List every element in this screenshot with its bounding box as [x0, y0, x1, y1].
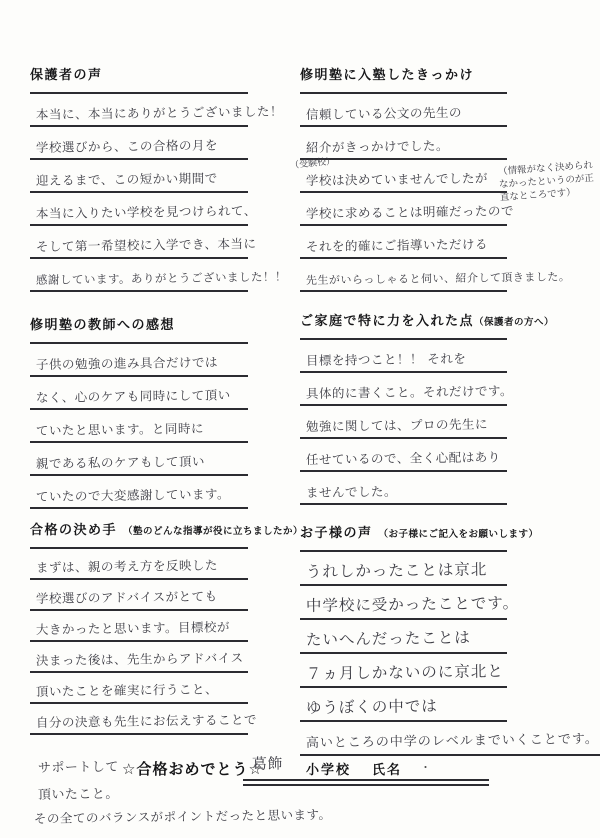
section-teacher-impressions: 修明塾の教師への感想 子供の勉強の進み具合だけでは なく、心のケアも同時にして頂…	[30, 314, 248, 509]
section-title-note: （お子様にご記入をお願いします）	[379, 529, 539, 540]
section-title-note: （保護者の方へ）	[474, 317, 554, 328]
handwritten-line: 学校に求めることは明確だったので	[300, 193, 507, 226]
handwritten-line: ていたので大変感謝しています。	[30, 476, 248, 509]
handwritten-line: 感謝しています。ありがとうございました！！	[30, 259, 248, 292]
handwritten-line: 本当に入りたい学校を見つけられて、	[30, 193, 248, 226]
handwritten-line: 頂いたことを確実に行うこと、	[30, 673, 248, 704]
handwritten-line: ゆうぼくの中では	[300, 688, 507, 722]
section-title: 修明塾の教師への感想	[30, 314, 248, 333]
handwritten-line: ていたと思います。と同時に	[30, 410, 248, 443]
handwritten-line: 任せているので、全く心配はあり	[300, 439, 507, 472]
handwritten-line: 自分の決意も先生にお伝えすることで	[30, 704, 248, 735]
handwritten-line: 決まった後は、先生からアドバイス	[30, 642, 248, 673]
handwritten-line: 子供の勉強の進み具合だけでは	[30, 344, 248, 377]
section-home-focus: ご家庭で特に力を入れた点（保護者の方へ） 目標を持つこと！！ それを 具体的に書…	[300, 310, 507, 505]
section-title: 保護者の声	[30, 64, 248, 83]
handwritten-line: たいへんだったことは	[300, 620, 507, 654]
section-deciding-factor: 合格の決め手 （塾のどんな指導が役に立ちましたか） まずは、親の考え方を反映した…	[30, 519, 248, 735]
handwritten-line: 信頼している公文の先生の	[300, 94, 507, 127]
ruled-lines: 子供の勉強の進み具合だけでは なく、心のケアも同時にして頂い ていたと思います。…	[30, 342, 248, 509]
handwritten-line: そして第一希望校に入学でき、本当に	[30, 226, 248, 259]
footer-handwriting-support: サポートして	[38, 761, 119, 776]
handwritten-line: 学校選びから、この合格の月を	[30, 127, 248, 160]
footer-handwriting-balance: その全てのバランスがポイントだったと思います。	[34, 808, 332, 826]
name-separator-dot: ・	[420, 759, 431, 775]
school-name-handwritten: 葛飾	[252, 756, 283, 773]
handwritten-line: 先生がいらっしゃると伺い、紹介して頂きました。	[300, 259, 507, 292]
handwritten-line: 高いところの中学のレベルまでいくことです。	[300, 722, 600, 756]
handwritten-line: 学校選びのアドバイスがとても	[30, 580, 248, 611]
elementary-school-label: 小学校	[306, 759, 351, 778]
handwritten-line: 迎えるまで、この短かい期間で	[30, 160, 248, 193]
handwritten-line: まずは、親の考え方を反映した	[30, 549, 248, 580]
handwritten-line: ７ヵ月しかないのに京北と	[300, 654, 507, 688]
handwritten-line: うれしかったことは京北	[300, 552, 507, 586]
handwritten-line: なく、心のケアも同時にして頂い	[30, 377, 248, 410]
section-child-voice: お子様の声 （お子様にご記入をお願いします） うれしかったことは京北 中学校に受…	[300, 522, 507, 756]
congratulations-label: ☆合格おめでとう☆	[122, 758, 263, 779]
handwritten-line: それを的確にご指導いただける	[300, 226, 507, 259]
handwritten-line: 具体的に書くこと。それだけです。	[300, 373, 507, 406]
ruled-lines: 信頼している公文の先生の 紹介がきっかけでした。 学校は決めていませんでしたが …	[300, 92, 507, 292]
ruled-lines: 本当に、本当にありがとうございました！ 学校選びから、この合格の月を 迎えるまで…	[30, 92, 248, 292]
handwritten-line: 勉強に関しては、プロの先生に	[300, 406, 507, 439]
handwritten-line: 本当に、本当にありがとうございました！	[30, 94, 248, 127]
footer-double-rule	[243, 779, 489, 786]
section-title-note: （塾のどんな指導が役に立ちましたか）	[123, 526, 303, 537]
ruled-lines: うれしかったことは京北 中学校に受かったことです。 たいへんだったことは ７ヵ月…	[300, 550, 507, 756]
footer-handwriting-continued: 頂いたこと。	[38, 788, 119, 803]
section-title: 修明塾に入塾したきっかけ	[300, 64, 507, 83]
margin-note: （情報がなく決められなかったというのが正直なところです）	[498, 160, 598, 205]
ruled-lines: まずは、親の考え方を反映した 学校選びのアドバイスがとても 大きかったと思います…	[30, 547, 248, 735]
handwritten-line: 大きかったと思います。目標校が	[30, 611, 248, 642]
section-enrollment-reason: 修明塾に入塾したきっかけ 信頼している公文の先生の 紹介がきっかけでした。 学校…	[300, 64, 507, 292]
section-title: 合格の決め手 （塾のどんな指導が役に立ちましたか）	[30, 519, 248, 538]
handwritten-line: 中学校に受かったことです。	[300, 586, 507, 620]
handwritten-line: 親である私のケアもして頂い	[30, 443, 248, 476]
handwritten-line: 目標を持つこと！！ それを	[300, 340, 507, 373]
section-title: ご家庭で特に力を入れた点（保護者の方へ）	[300, 310, 507, 329]
section-guardian-voice: 保護者の声 本当に、本当にありがとうございました！ 学校選びから、この合格の月を…	[30, 64, 248, 292]
handwritten-line: ませんでした。	[300, 472, 507, 505]
section-title: お子様の声 （お子様にご記入をお願いします）	[300, 522, 507, 541]
name-label: 氏名	[372, 759, 402, 778]
ruled-lines: 目標を持つこと！！ それを 具体的に書くこと。それだけです。 勉強に関しては、プ…	[300, 338, 507, 505]
